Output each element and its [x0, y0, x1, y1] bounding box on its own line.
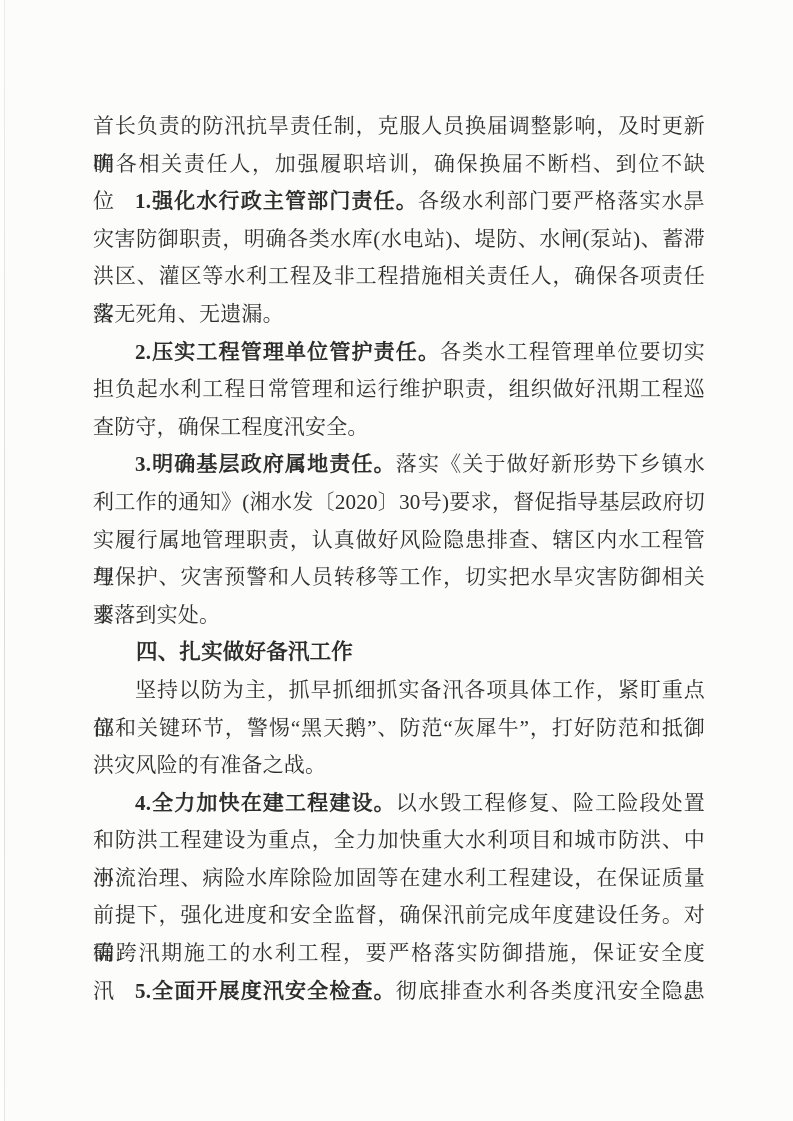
bold-lead-text: 5.全面开展度汛安全检查。	[135, 979, 396, 1003]
bold-lead-text: 2.压实工程管理单位管护责任。	[135, 340, 440, 364]
text-line: 5.全面开展度汛安全检查。彻底排查水利各类度汛安全隐患	[93, 973, 705, 1011]
text-line: 需跨汛期施工的水利工程，要严格落实防御措施，保证安全度汛。	[93, 935, 705, 973]
text-line: 4.全力加快在建工程建设。以水毁工程修复、险工险段处置	[93, 785, 705, 823]
text-segment: 洪灾风险的有准备之战。	[93, 753, 326, 777]
text-line: 2.压实工程管理单位管护责任。各类水工程管理单位要切实	[93, 334, 705, 372]
text-line: 灾害防御职责，明确各类水库(水电站)、堤防、水闸(泵站)、蓄滞	[93, 221, 705, 259]
scan-edge-shadow	[4, 0, 5, 1121]
text-segment: 各级水利部门要严格落实水旱	[418, 189, 705, 213]
text-segment: 河流治理、病险水库除险加固等在建水利工程建设，在保证质量	[93, 866, 705, 890]
text-segment: 实无死角、无遗漏。	[93, 302, 284, 326]
bold-lead-text: 四、扎实做好备汛工作	[136, 640, 353, 664]
text-line: 实无死角、无遗漏。	[93, 296, 705, 334]
text-line: 洪灾风险的有准备之战。	[93, 747, 705, 785]
text-segment: 利工作的通知》(湘水发〔2020〕30号)要求，督促指导基层政府切	[93, 490, 705, 514]
text-line: 查防守，确保工程度汛安全。	[93, 409, 705, 447]
text-line: 1.强化水行政主管部门责任。各级水利部门要严格落实水旱	[93, 183, 705, 221]
text-line: 洪区、灌区等水利工程及非工程措施相关责任人，确保各项责任落	[93, 258, 705, 296]
text-segment: 查防守，确保工程度汛安全。	[93, 415, 369, 439]
text-line: 和防洪工程建设为重点，全力加快重大水利项目和城市防洪、中小	[93, 822, 705, 860]
bold-lead-text: 1.强化水行政主管部门责任。	[135, 189, 418, 213]
section-heading: 四、扎实做好备汛工作	[93, 634, 705, 672]
text-line: 3.明确基层政府属地责任。落实《关于做好新形势下乡镇水	[93, 446, 705, 484]
text-segment: 位和关键环节，警惕“黑天鹅”、防范“灰犀牛”，打好防范和抵御	[93, 716, 705, 740]
document-body: 首长负责的防汛抗旱责任制，克服人员换届调整影响，及时更新明确各相关责任人，加强履…	[93, 108, 705, 1010]
text-line: 与保护、灾害预警和人员转移等工作，切实把水旱灾害防御相关要	[93, 559, 705, 597]
text-line: 位和关键环节，警惕“黑天鹅”、防范“灰犀牛”，打好防范和抵御	[93, 710, 705, 748]
text-line: 首长负责的防汛抗旱责任制，克服人员换届调整影响，及时更新明	[93, 108, 705, 146]
text-line: 坚持以防为主，抓早抓细抓实备汛各项具体工作，紧盯重点部	[93, 672, 705, 710]
text-segment: 彻底排查水利各类度汛安全隐患	[396, 979, 705, 1003]
text-segment: 担负起水利工程日常管理和运行维护职责，组织做好汛期工程巡	[93, 377, 705, 401]
text-segment: 灾害防御职责，明确各类水库(水电站)、堤防、水闸(泵站)、蓄滞	[93, 227, 705, 251]
text-segment: 求落到实处。	[93, 603, 220, 627]
text-segment: 以水毁工程修复、险工险段处置	[396, 791, 705, 815]
text-line: 利工作的通知》(湘水发〔2020〕30号)要求，督促指导基层政府切	[93, 484, 705, 522]
text-line: 确各相关责任人，加强履职培训，确保换届不断档、到位不缺位。	[93, 146, 705, 184]
text-segment: 各类水工程管理单位要切实	[440, 340, 705, 364]
text-line: 求落到实处。	[93, 597, 705, 635]
document-page: 首长负责的防汛抗旱责任制，克服人员换届调整影响，及时更新明确各相关责任人，加强履…	[0, 0, 793, 1121]
text-line: 河流治理、病险水库除险加固等在建水利工程建设，在保证质量	[93, 860, 705, 898]
text-line: 前提下，强化进度和安全监督，确保汛前完成年度建设任务。对确	[93, 897, 705, 935]
text-segment: 落实《关于做好新形势下乡镇水	[396, 452, 705, 476]
bold-lead-text: 3.明确基层政府属地责任。	[135, 452, 396, 476]
text-line: 担负起水利工程日常管理和运行维护职责，组织做好汛期工程巡	[93, 371, 705, 409]
text-line: 实履行属地管理职责，认真做好风险隐患排查、辖区内水工程管理	[93, 522, 705, 560]
bold-lead-text: 4.全力加快在建工程建设。	[135, 791, 396, 815]
